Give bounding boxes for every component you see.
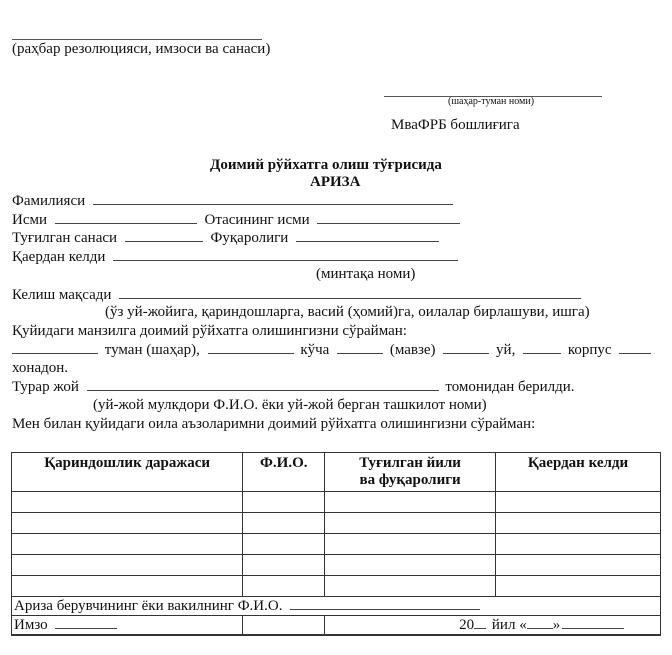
- arrived-from-cell[interactable]: [496, 576, 661, 597]
- applicant-name-field[interactable]: [290, 608, 480, 610]
- purpose-label: Келиш мақсади: [12, 287, 111, 303]
- header-birth-year-citizenship: Туғилган йили ва фуқаролиги: [325, 453, 496, 492]
- house-label: уй,: [496, 342, 515, 358]
- housing-label: Турар жой: [12, 379, 79, 395]
- birth-year-cell[interactable]: [325, 534, 496, 555]
- house-field[interactable]: [443, 352, 489, 354]
- surname-label: Фамилияси: [12, 193, 85, 209]
- resolution-caption: (раҳбар резолюцияси, имзоси ва санаси): [12, 41, 270, 58]
- table-row: [12, 555, 661, 576]
- request-text: Қуйидаги манзилга доимий рўйхатга олишин…: [12, 322, 407, 340]
- street-field[interactable]: [208, 352, 294, 354]
- table-row: [12, 576, 661, 597]
- signature-label: Имзо: [14, 617, 48, 633]
- arrived-from-label: Қаердан келди: [12, 249, 105, 265]
- table-header-row: Қариндошлик даражаси Ф.И.О. Туғилган йил…: [12, 453, 661, 492]
- region-caption: (минтақа номи): [316, 266, 415, 283]
- patronymic-field[interactable]: [317, 222, 460, 224]
- birth-year-cell[interactable]: [325, 576, 496, 597]
- arrived-from-cell[interactable]: [496, 555, 661, 576]
- arrived-from-cell[interactable]: [496, 492, 661, 513]
- year-suffix: йил «: [492, 617, 527, 633]
- purpose-caption: (ўз уй-жойига, қариндошларга, васий (ҳом…: [105, 304, 590, 321]
- year-prefix: 20: [459, 617, 474, 633]
- housing-row: Турар жой томонидан берилди.: [12, 378, 575, 396]
- arrived-from-cell[interactable]: [496, 534, 661, 555]
- full-name-cell[interactable]: [243, 492, 325, 513]
- resolution-signature-line[interactable]: [12, 39, 262, 40]
- birth-date-label: Туғилган санаси: [12, 230, 117, 246]
- building-field[interactable]: [523, 352, 561, 354]
- name-label: Исми: [12, 212, 47, 228]
- header-relationship: Қариндошлик даражаси: [12, 453, 243, 492]
- surname-row: Фамилияси: [12, 192, 453, 210]
- name-field[interactable]: [55, 222, 197, 224]
- header-full-name: Ф.И.О.: [243, 453, 325, 492]
- district-label: туман (шаҳар),: [105, 342, 200, 358]
- signature-empty-cell: [243, 616, 325, 636]
- patronymic-label: Отасининг исми: [205, 212, 310, 228]
- full-name-cell[interactable]: [243, 555, 325, 576]
- signature-field[interactable]: [55, 627, 117, 629]
- header-birth-year-line1: Туғилган йили: [359, 455, 461, 471]
- housing-caption: (уй-жой мулкдори Ф.И.О. ёки уй-жой берга…: [93, 397, 487, 414]
- quarter-field[interactable]: [337, 352, 383, 354]
- surname-field[interactable]: [93, 203, 453, 205]
- arrived-from-cell[interactable]: [496, 513, 661, 534]
- relationship-cell[interactable]: [12, 513, 243, 534]
- birth-year-cell[interactable]: [325, 555, 496, 576]
- birth-date-field[interactable]: [125, 240, 203, 242]
- arrived-from-field[interactable]: [113, 259, 458, 261]
- relationship-cell[interactable]: [12, 534, 243, 555]
- birth-year-cell[interactable]: [325, 513, 496, 534]
- table-row: [12, 492, 661, 513]
- full-name-cell[interactable]: [243, 576, 325, 597]
- table-row: [12, 513, 661, 534]
- name-row: Исми Отасининг исми: [12, 211, 460, 229]
- apartment-field[interactable]: [619, 352, 651, 354]
- table-row: [12, 534, 661, 555]
- header-birth-year-line2: ва фуқаролиги: [360, 472, 461, 488]
- day-field[interactable]: [527, 627, 553, 629]
- header-arrived-from: Қаердан келди: [496, 453, 661, 492]
- address-row: туман (шаҳар), кўча (мавзе) уй, корпус: [12, 341, 651, 359]
- applicant-row: Ариза берувчининг ёки вакилнинг Ф.И.О.: [12, 597, 661, 616]
- date-cell: 20 йил «»: [325, 616, 661, 636]
- purpose-row: Келиш мақсади: [12, 286, 581, 304]
- apartment-label: хонадон.: [12, 359, 68, 377]
- document-subtitle: Доимий рўйхатга олиш тўғрисида: [210, 157, 442, 174]
- month-field[interactable]: [562, 627, 624, 629]
- addressee: МваФРБ бошлиғига: [391, 117, 520, 134]
- arrived-from-row: Қаердан келди: [12, 248, 458, 266]
- relationship-cell[interactable]: [12, 492, 243, 513]
- birth-year-cell[interactable]: [325, 492, 496, 513]
- birth-citizenship-row: Туғилган санаси Фуқаролиги: [12, 229, 439, 247]
- year-field[interactable]: [474, 627, 486, 629]
- date-close: »: [553, 617, 561, 633]
- full-name-cell[interactable]: [243, 534, 325, 555]
- purpose-field[interactable]: [119, 297, 581, 299]
- housing-field[interactable]: [87, 389, 439, 391]
- building-label: корпус: [568, 342, 612, 358]
- street-label: кўча: [300, 342, 329, 358]
- applicant-cell: Ариза берувчининг ёки вакилнинг Ф.И.О.: [12, 597, 661, 616]
- signature-cell: Имзо: [12, 616, 243, 636]
- applicant-label: Ариза берувчининг ёки вакилнинг Ф.И.О.: [14, 598, 282, 614]
- citizenship-label: Фуқаролиги: [211, 230, 289, 246]
- citizenship-field[interactable]: [296, 240, 439, 242]
- family-request-text: Мен билан қуйидаги оила аъзоларимни доим…: [12, 415, 535, 433]
- signature-row: Имзо 20 йил «»: [12, 616, 661, 636]
- relationship-cell[interactable]: [12, 555, 243, 576]
- quarter-label: (мавзе): [390, 342, 436, 358]
- district-field[interactable]: [12, 352, 98, 354]
- relationship-cell[interactable]: [12, 576, 243, 597]
- city-district-caption: (шаҳар-туман номи): [448, 96, 534, 107]
- family-members-table: Қариндошлик даражаси Ф.И.О. Туғилган йил…: [11, 452, 661, 636]
- full-name-cell[interactable]: [243, 513, 325, 534]
- housing-suffix: томонидан берилди.: [445, 379, 574, 395]
- document-title: АРИЗА: [310, 174, 360, 191]
